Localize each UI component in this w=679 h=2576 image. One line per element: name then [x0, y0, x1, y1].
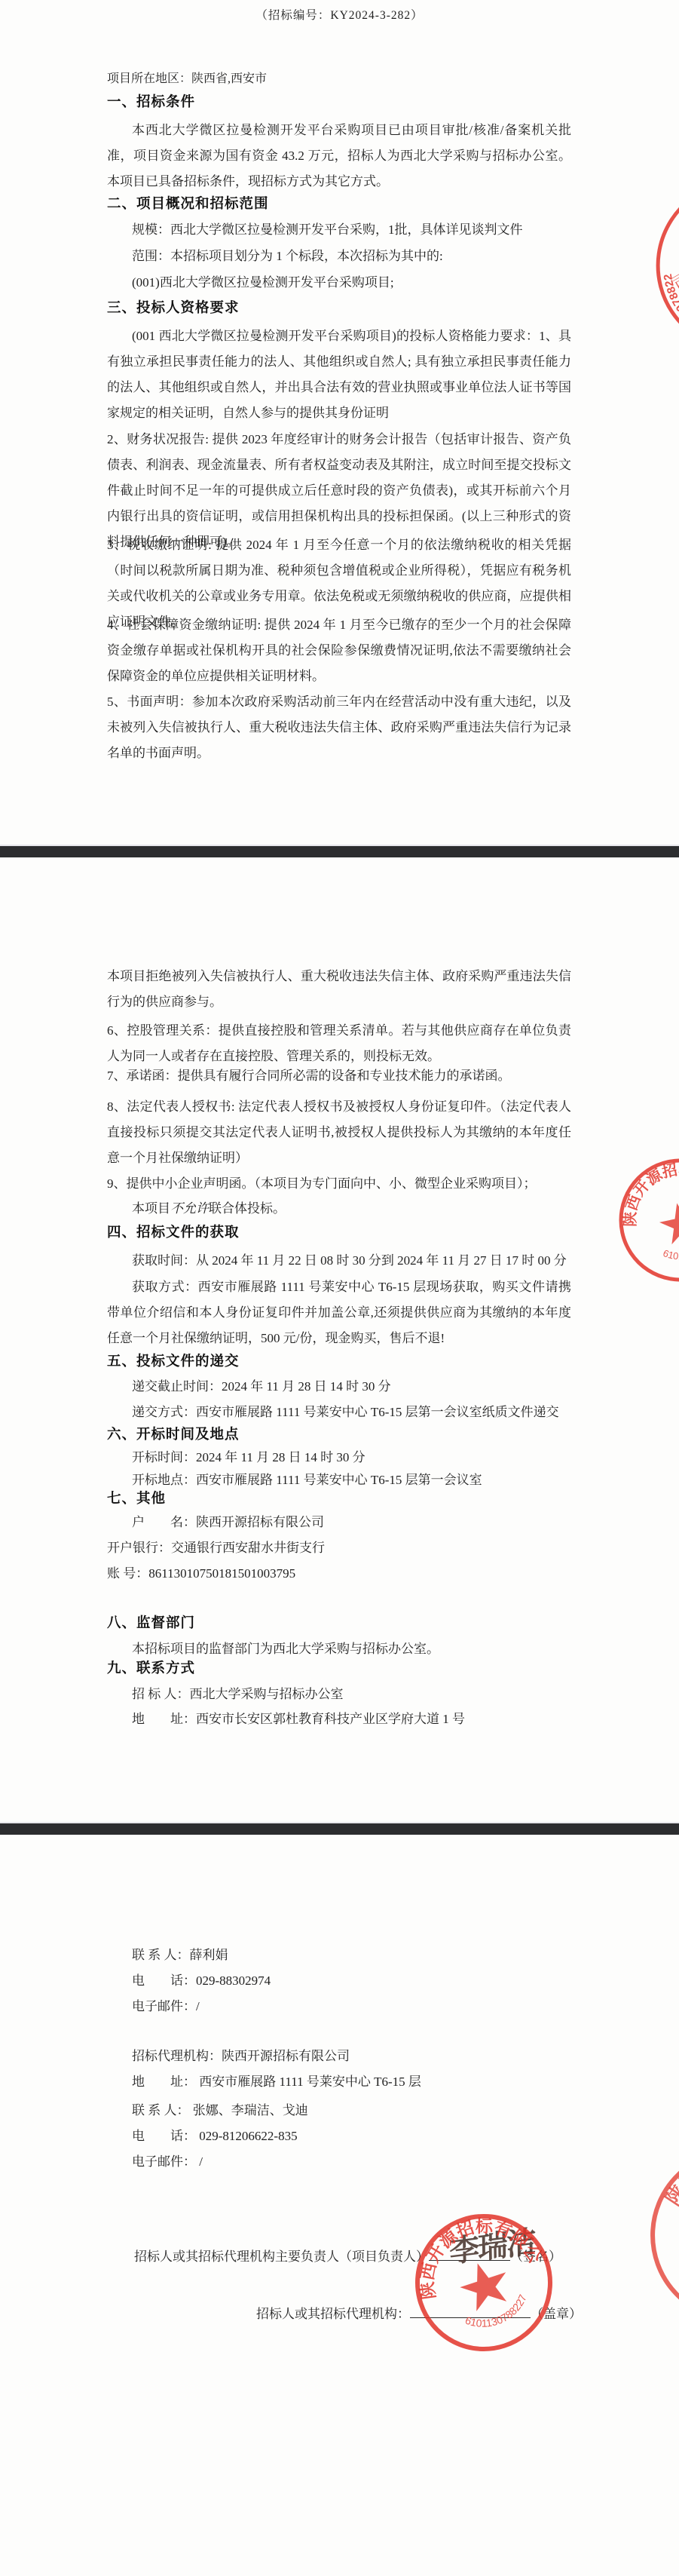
page-separator-2 [0, 1823, 679, 1835]
no-consortium-emphasis: 不允许 [170, 1201, 209, 1216]
tender-reference-number: （招标编号：KY2024-3-282） [0, 6, 679, 23]
section3-heading: 三、投标人资格要求 [107, 297, 240, 317]
section7-heading: 七、其他 [107, 1488, 166, 1507]
bank-account-number: 账 号：86113010750181501003795 [107, 1561, 295, 1587]
svg-text:陕西开源招标有限公司: 陕西开源招标有限公司 [660, 2145, 679, 2271]
section6-heading: 六、开标时间及地点 [107, 1424, 240, 1443]
qualification-p8-commitment: 7、承诺函：提供具有履行合同所必需的设备和专业技术能力的承诺函。 [107, 1063, 571, 1089]
project-manager-label: 招标人或其招标代理机构主要负责人（项目负责人） [134, 2249, 429, 2264]
submission-deadline: 递交截止时间：2024 年 11 月 28 日 14 时 30 分 [132, 1374, 391, 1400]
section1-paragraph: 本西北大学微区拉曼检测开发平台采购项目已由项目审批/核准/备案机关批准，项目资金… [107, 118, 571, 195]
bank-name: 开户银行：交通银行西安甜水井街支行 [107, 1535, 325, 1561]
document-viewer: （招标编号：KY2024-3-282） 项目所在地区：陕西省,西安市 一、招标条… [0, 0, 679, 2576]
seal-company-name: 陕西开源招标有限公司 [616, 1156, 679, 1233]
seal-id-digits: 6101130788227 [616, 1156, 679, 1275]
agency-address: 地 址： 西安市雁展路 1111 号莱安中心 T6-15 层 [132, 2069, 421, 2095]
project-scale: 规模：西北大学微区拉曼检测开发平台采购，1批，具体详见谈判文件 [132, 217, 523, 243]
section9-heading: 九、联系方式 [107, 1658, 195, 1677]
obtain-time: 获取时间：从 2024 年 11 月 22 日 08 时 30 分到 2024 … [107, 1248, 571, 1274]
qualification-p9-authorization: 8、法定代表人授权书: 法定代表人授权书及被授权人身份证复印件。（法定代表人直接… [107, 1094, 571, 1171]
contact-person-2: 联 系 人： 张娜、李瑞洁、戈迪 [132, 2098, 308, 2124]
red-seal-fragment-page1: 0113078822 司 [647, 177, 679, 366]
svg-text:陕西开源招标有限公司: 陕西开源招标有限公司 [616, 1156, 679, 1233]
red-seal-page2: 陕西开源招标有限公司 6101130788227 [616, 1156, 679, 1284]
bank-account-name: 户 名：陕西开源招标有限公司 [132, 1510, 324, 1535]
qualification-p4-social-security: 4、社会保障资金缴纳证明: 提供 2024 年 1 月至今已缴存的至少一个月的社… [107, 612, 571, 689]
submission-method: 递交方式：西安市雁展路 1111 号莱安中心 T6-15 层第一会议室纸质文件递… [132, 1400, 559, 1425]
section1-heading: 一、招标条件 [107, 91, 195, 111]
contact-person-1: 联 系 人：薛利娟 [132, 1943, 228, 1968]
project-lot: (001)西北大学微区拉曼检测开发平台采购项目; [132, 270, 394, 296]
section4-heading: 四、招标文件的获取 [107, 1222, 240, 1241]
stamp-underline [410, 2307, 531, 2318]
qualification-p1: (001 西北大学微区拉曼检测开发平台采购项目)的投标人资格能力要求：1、具有独… [107, 324, 571, 426]
tenderer-address: 地 址：西安市长安区郭杜教育科技产业区学府大道 1 号 [132, 1707, 465, 1732]
red-seal-page3-right-fragment: 陕西开源招标有限公司 [635, 2145, 679, 2341]
seal-character: 司 [669, 269, 679, 294]
section5-heading: 五、投标文件的递交 [107, 1351, 240, 1370]
agency-name: 招标代理机构：陕西开源招标有限公司 [132, 2044, 350, 2069]
seal-star [656, 1199, 679, 1247]
no-consortium-pre: 本项目 [132, 1201, 170, 1216]
qualification-p6-refusal: 本项目拒绝被列入失信被执行人、重大税收违法失信主体、政府采购严重违法失信行为的供… [107, 964, 571, 1015]
obtain-method: 获取方式：西安市雁展路 1111 号莱安中心 T6-15 层现场获取，购买文件请… [107, 1274, 571, 1351]
opening-place: 开标地点：西安市雁展路 1111 号莱安中心 T6-15 层第一会议室 [132, 1467, 482, 1493]
svg-text:6101130788227: 6101130788227 [616, 1156, 679, 1275]
contact-email-2: 电子邮件： / [132, 2149, 203, 2175]
seal-company-name: 陕西开源招标有限公司 [660, 2145, 679, 2271]
qualification-p7-holding: 6、控股管理关系：提供直接控股和管理关系清单。若与其他供应商存在单位负责人为同一… [107, 1018, 571, 1069]
agency-stamp-line: 招标人或其招标代理机构：（盖章） [256, 2302, 582, 2327]
section2-heading: 二、项目概况和招标范围 [107, 193, 269, 213]
no-consortium-line: 本项目不允许联合体投标。 [132, 1196, 286, 1222]
svg-text:0113078822: 0113078822 [662, 273, 679, 333]
project-scope: 范围：本招标项目划分为 1 个标段，本次招标为其中的: [132, 244, 443, 269]
section8-heading: 八、监督部门 [107, 1612, 195, 1632]
seal-id-digits-partial: 0113078822 [662, 273, 679, 333]
page-separator-1 [0, 846, 679, 857]
contact-email-1: 电子邮件：/ [132, 1994, 200, 2019]
stamp-suffix-label: （盖章） [531, 2307, 582, 2321]
contact-phone-2: 电 话： 029-81206622-835 [132, 2124, 298, 2149]
project-region: 项目所在地区：陕西省,西安市 [107, 66, 267, 92]
tenderer-name: 招 标 人：西北大学采购与招标办公室 [132, 1682, 344, 1707]
no-consortium-post: 联合体投标。 [209, 1201, 286, 1216]
qualification-p5-declaration: 5、书面声明：参加本次政府采购活动前三年内在经营活动中没有重大违纪，以及未被列入… [107, 689, 571, 766]
qualification-p10-sme: 9、提供中小企业声明函。（本项目为专门面向中、小、微型企业采购项目）； [107, 1171, 571, 1197]
agency-stamp-label: 招标人或其招标代理机构： [256, 2307, 410, 2321]
contact-phone-1: 电 话：029-88302974 [132, 1968, 271, 1994]
opening-time: 开标时间：2024 年 11 月 28 日 14 时 30 分 [132, 1445, 365, 1470]
